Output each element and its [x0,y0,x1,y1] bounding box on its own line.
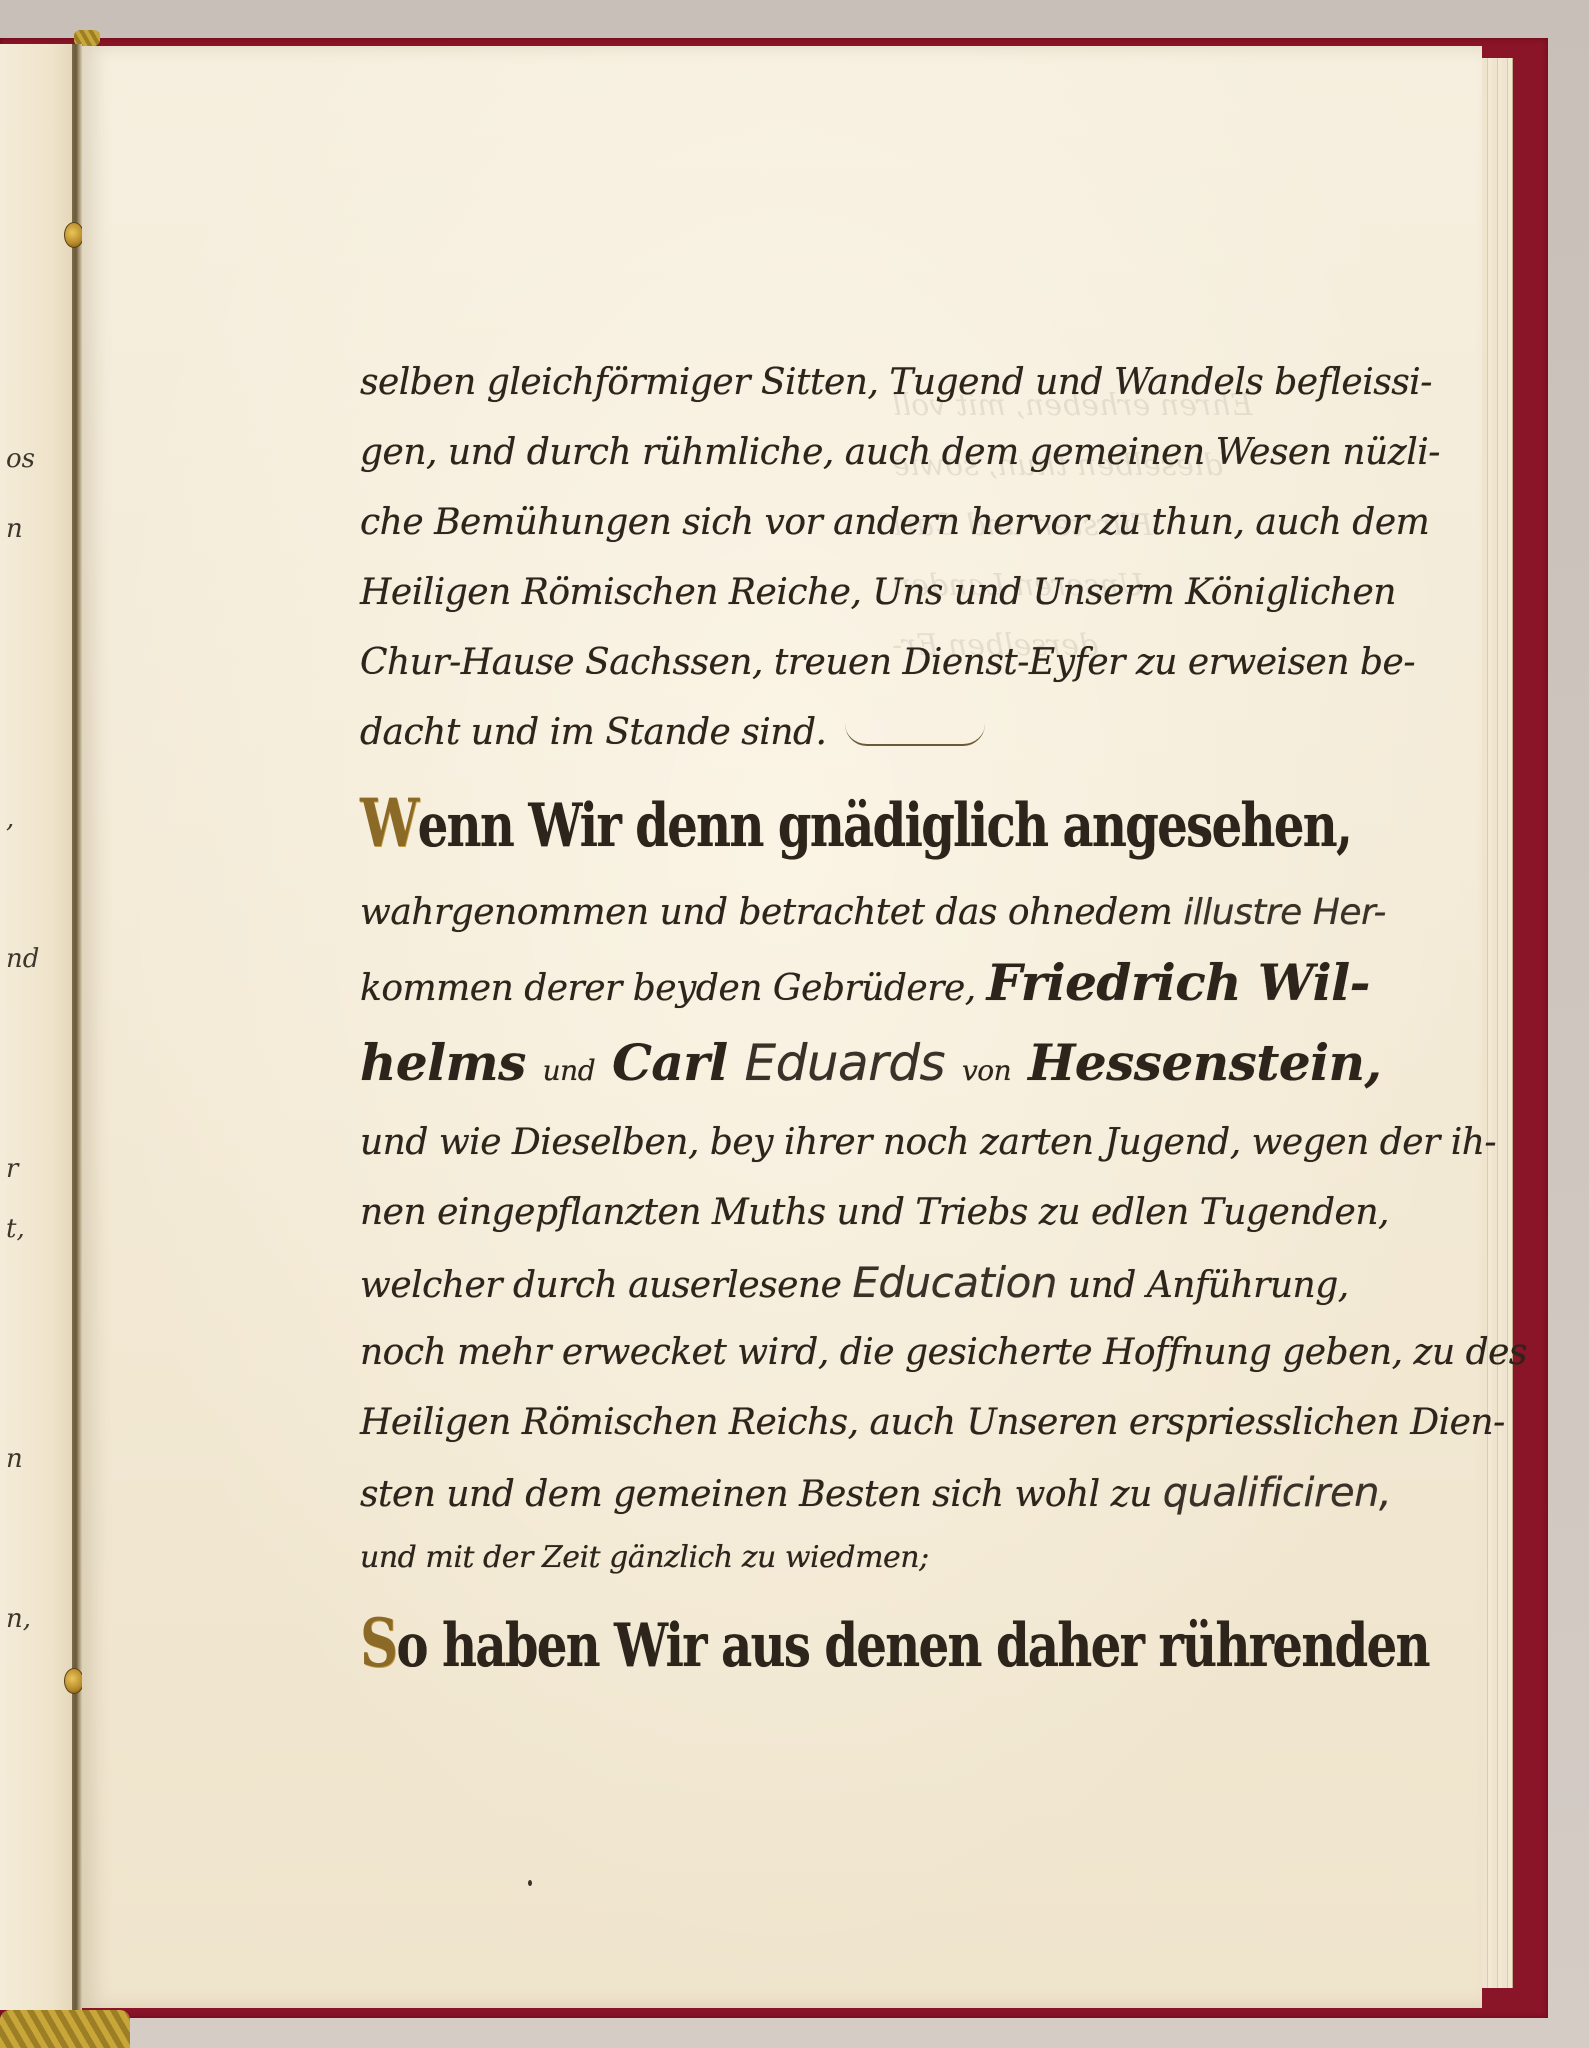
binding-bead-icon [64,222,84,248]
display-heading: Wenn Wir denn gnädiglich angesehen, [360,768,1440,878]
scan-background: os n , nd r t, n n, Ehren erheben, mit v… [0,0,1589,2048]
left-page-fragment: , [6,804,14,834]
latin-term: Education [852,1258,1057,1307]
left-page-fragment: r [6,1154,18,1184]
text-span: und Anführung, [1068,1265,1349,1306]
text-span: kommen derer beyden Gebrüdere, [360,968,976,1009]
left-page-fragment: nd [6,944,39,974]
text-line: kommen derer beyden Gebrüdere, Friedrich… [360,948,1440,1018]
page-edges [1482,58,1513,1988]
name-emphasis: Hessenstein, [1028,1033,1381,1092]
name-emphasis: Friedrich Wil- [987,953,1370,1012]
text-line: nen eingepflanzten Muths und Triebs zu e… [360,1178,1440,1248]
text-line-end: dacht und im Stande sind. [360,712,826,753]
manuscript-text: selben gleichförmiger Sitten, Tugend und… [360,348,1440,1698]
bottom-tassel [0,2010,130,2048]
display-heading-text: enn Wir denn gnädiglich angesehen, [418,791,1351,861]
text-line: gen, und durch rühmliche, auch dem gemei… [360,418,1440,488]
left-page-fragment: n, [6,1604,31,1634]
text-line: wahrgenommen und betrachtet das ohnedem … [360,878,1440,948]
text-span: wahrgenommen und betrachtet das ohnedem [360,892,1172,933]
text-span: sten und dem gemeinen Besten sich wohl z… [360,1474,1152,1515]
text-line: che Bemühungen sich vor andern hervor zu… [360,488,1440,558]
names-line: helms und Carl Eduards von Hessenstein, [360,1018,1440,1108]
ink-speck [528,1880,532,1886]
binding-bead-icon [64,1668,84,1694]
latin-term: Eduards [745,1034,946,1092]
text-line: dacht und im Stande sind. [360,698,1440,768]
text-line: und mit der Zeit gänzlich zu wiedmen; [360,1528,1440,1588]
left-page-fragment: n [6,514,23,544]
gold-initial: S [360,1604,397,1682]
text-line: Heiligen Römischen Reiche, Uns und Unser… [360,558,1440,628]
latin-term: qualificiren, [1163,1470,1391,1516]
text-line: selben gleichförmiger Sitten, Tugend und… [360,348,1440,418]
name-emphasis: Carl [612,1033,728,1092]
text-line: und wie Dieselben, bey ihrer noch zarten… [360,1108,1440,1178]
left-page-edge: os n , nd r t, n n, [0,44,72,2010]
text-line: Chur-Hause Sachssen, treuen Dienst-Eyfer… [360,628,1440,698]
gold-initial: W [360,784,418,862]
left-page-fragment: t, [6,1214,25,1244]
book-gutter [72,44,82,2010]
display-heading-text: o haben Wir aus denen daher rührenden [397,1611,1429,1681]
text-line: noch mehr erwecket wird, die gesicherte … [360,1318,1440,1388]
left-page-fragment: os [6,444,35,474]
display-heading: So haben Wir aus denen daher rührenden [360,1588,1440,1698]
text-span: von [962,1054,1011,1087]
line-flourish-icon [845,724,985,746]
text-span: und [543,1054,596,1087]
text-span: welcher durch auserlesene [360,1265,841,1306]
text-line: welcher durch auserlesene Education und … [360,1248,1440,1318]
latin-term: illustre Her- [1183,892,1386,933]
name-emphasis: helms [360,1033,526,1092]
text-line: sten und dem gemeinen Besten sich wohl z… [360,1458,1440,1528]
left-page-fragment: n [6,1444,23,1474]
text-line: Heiligen Römischen Reichs, auch Unseren … [360,1388,1440,1458]
